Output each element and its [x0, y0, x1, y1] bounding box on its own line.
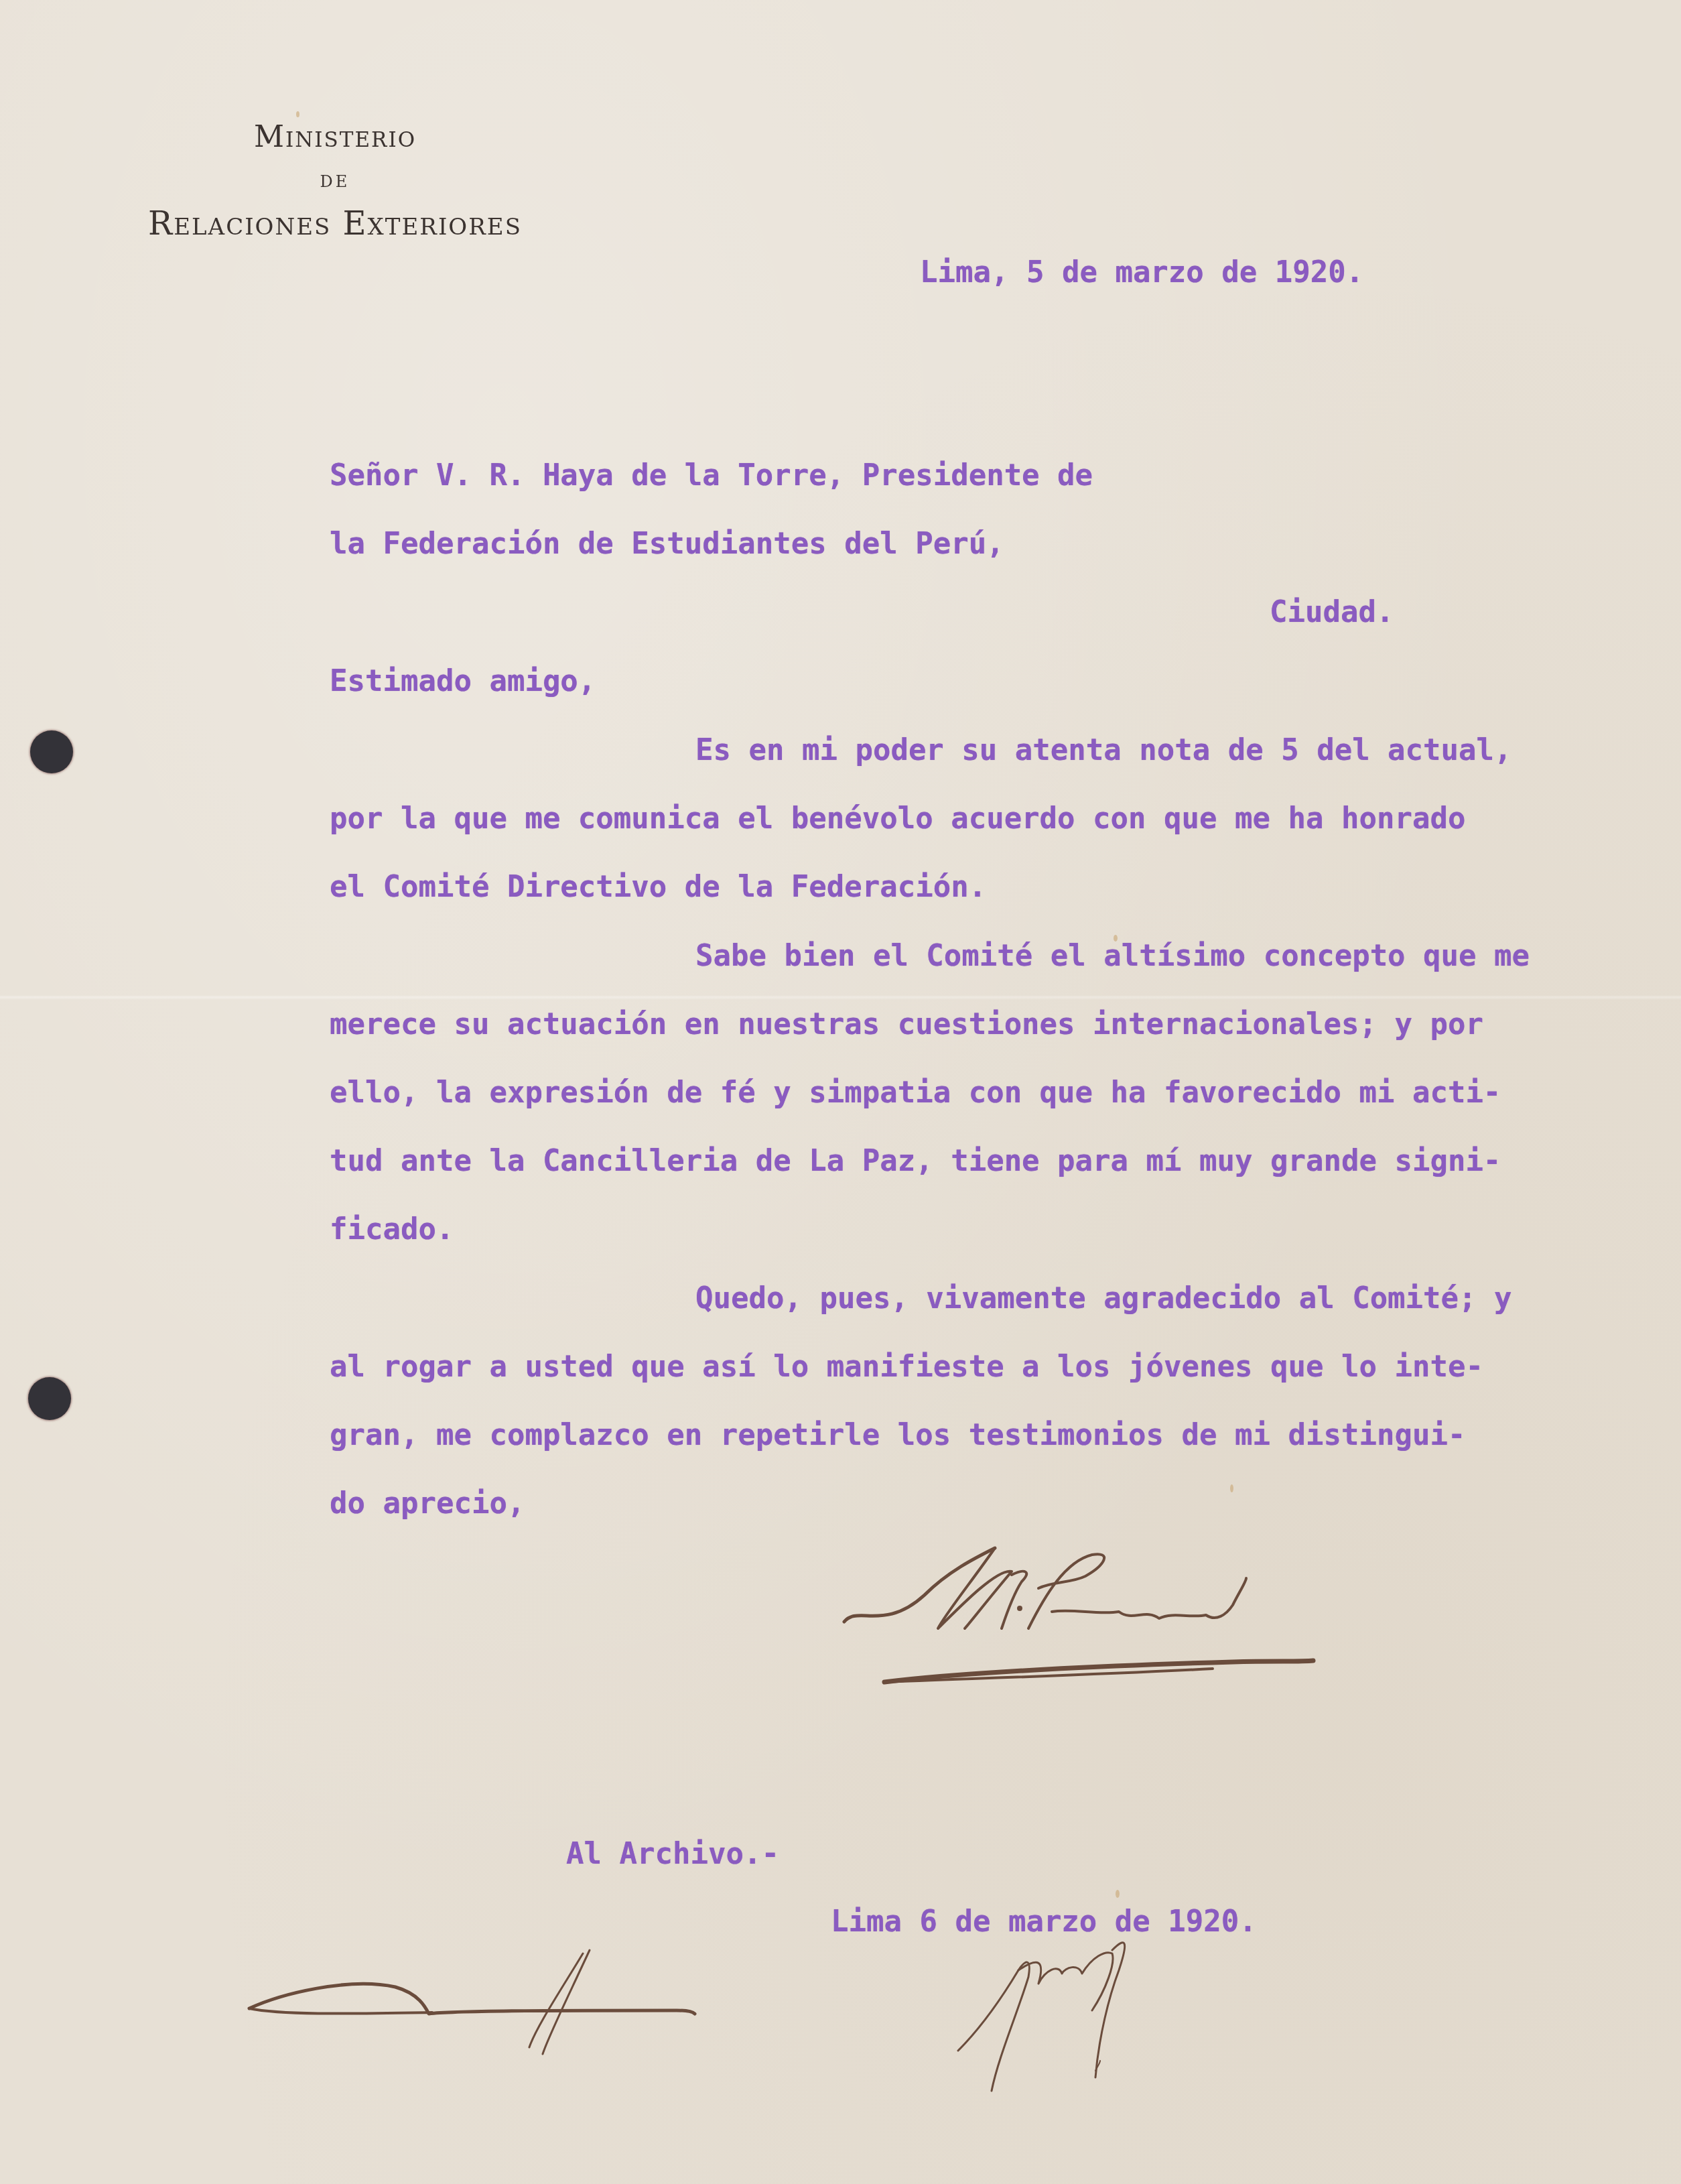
- body-line: Quedo, pues, vivamente agradecido al Com…: [695, 1284, 1512, 1313]
- letterhead-ministry: Ministerio: [114, 114, 556, 161]
- main-signature: [831, 1541, 1434, 1695]
- body-line: Es en mi poder su atenta nota de 5 del a…: [695, 736, 1512, 765]
- body-line: el Comité Directivo de la Federación.: [330, 873, 986, 902]
- body-line: merece su actuación en nuestras cuestion…: [330, 1010, 1483, 1039]
- body-line: por la que me comunica el benévolo acuer…: [330, 804, 1465, 834]
- body-line: al rogar a usted que así lo manifieste a…: [330, 1352, 1483, 1382]
- body-line: do aprecio,: [330, 1489, 525, 1519]
- salutation: Estimado amigo,: [330, 667, 596, 696]
- letterhead: Ministerio de Relaciones Exteriores: [114, 114, 556, 249]
- body-line: Sabe bien el Comité el altísimo concepto…: [695, 942, 1530, 971]
- body-line: tud ante la Cancilleria de La Paz, tiene…: [330, 1147, 1501, 1176]
- signature-porras-icon: [831, 1541, 1434, 1695]
- addressee-line-2: la Federación de Estudiantes del Perú,: [330, 529, 1004, 559]
- secondary-signature: [945, 1930, 1239, 2104]
- letter-page: Ministerio de Relaciones Exteriores Lima…: [0, 0, 1681, 2184]
- signature-secondary-icon: [945, 1930, 1239, 2104]
- punch-hole-lower: [28, 1377, 71, 1420]
- paper-speck: [1230, 1484, 1233, 1492]
- addressee-line-1: Señor V. R. Haya de la Torre, Presidente…: [330, 461, 1093, 491]
- body-line: gran, me complazco en repetirle los test…: [330, 1421, 1465, 1450]
- archive-note: Al Archivo.-: [566, 1840, 779, 1869]
- addressee-city: Ciudad.: [1270, 598, 1394, 627]
- dateline: Lima, 5 de marzo de 1920.: [920, 258, 1363, 287]
- signature-initials-icon: [241, 1947, 938, 2067]
- paper-speck: [1116, 1890, 1120, 1898]
- body-line: ficado.: [330, 1215, 454, 1244]
- initials-signature: [241, 1947, 938, 2067]
- letterhead-de: de: [114, 161, 556, 198]
- letterhead-relaciones-exteriores: Relaciones Exteriores: [114, 198, 556, 249]
- punch-hole-upper: [30, 730, 73, 773]
- body-line: ello, la expresión de fé y simpatia con …: [330, 1078, 1501, 1108]
